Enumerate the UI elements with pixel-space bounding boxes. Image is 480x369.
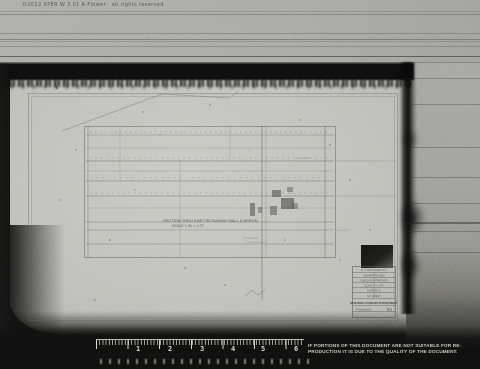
film-grain-overlay-dark <box>0 0 480 369</box>
microfilm-scan-frame: ©2012 XPER W 3.01 A-Flower · all rights … <box>0 0 480 369</box>
